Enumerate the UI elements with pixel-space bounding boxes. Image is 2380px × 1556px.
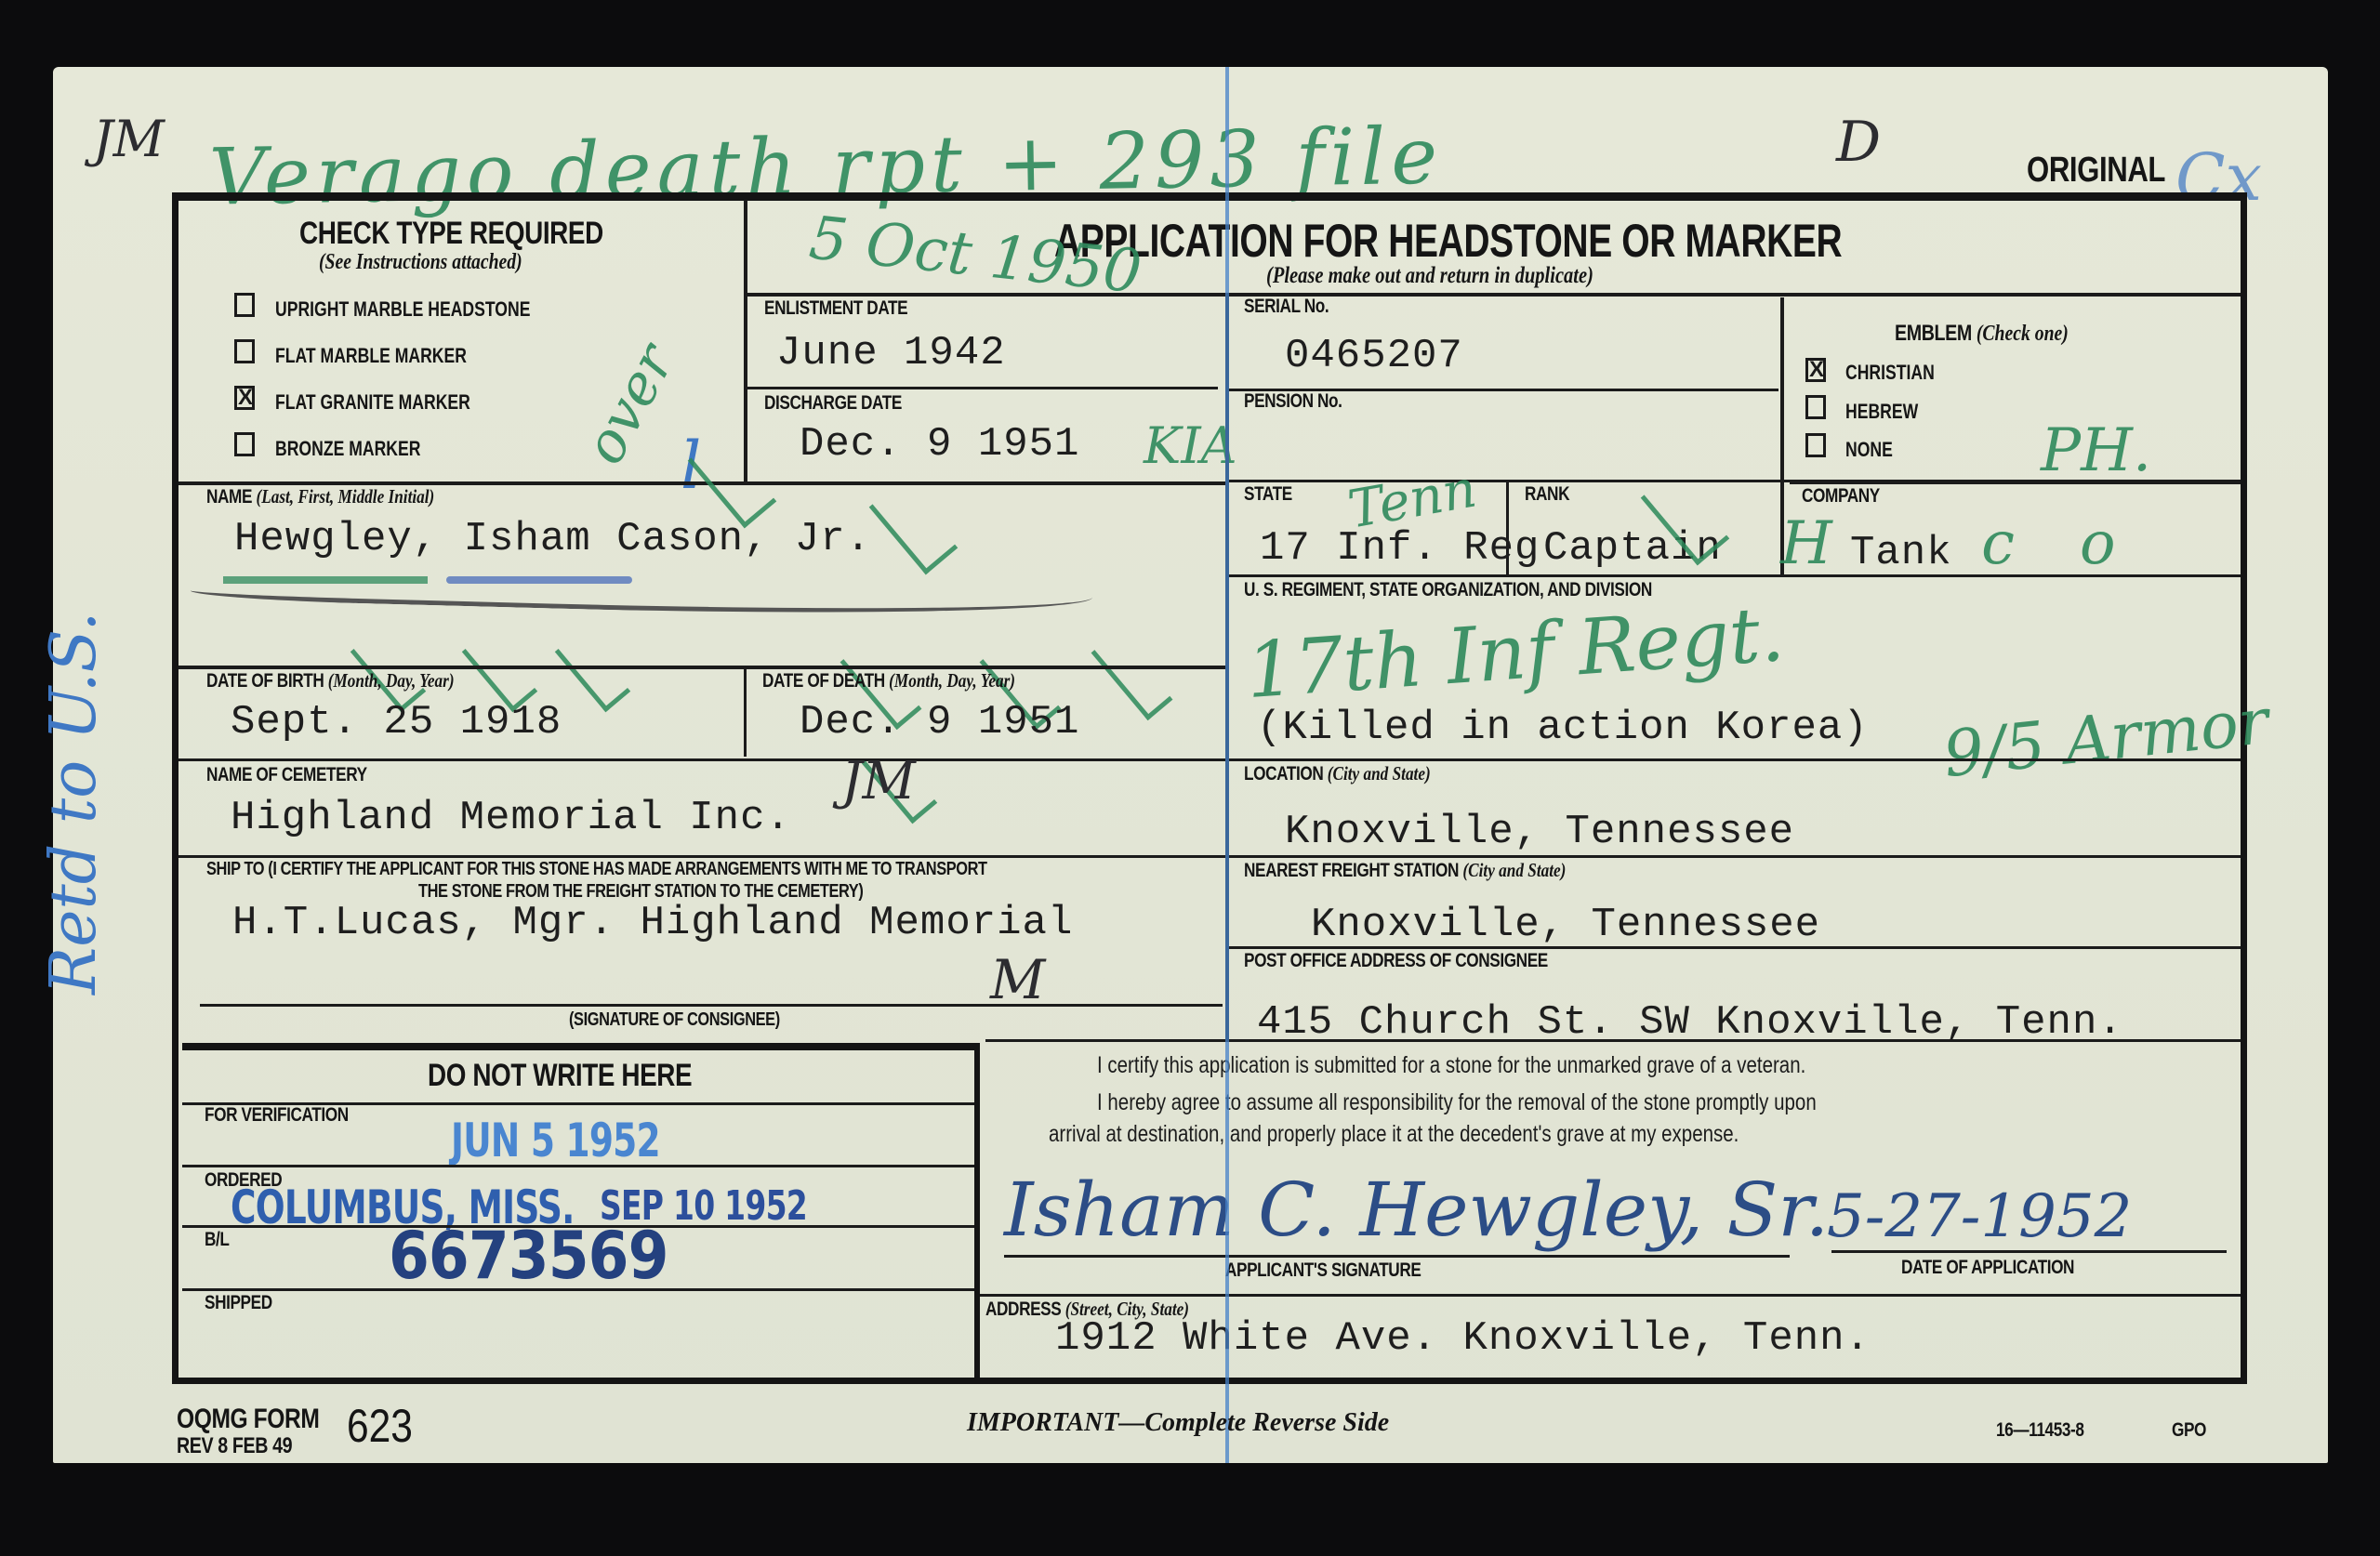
applicant-signature-line (1004, 1255, 1790, 1258)
freight-station-label: NEAREST FREIGHT STATION (City and State) (1244, 859, 1566, 882)
verification-stamp: JUN 5 1952 (451, 1114, 660, 1167)
serial-no-label: SERIAL No. (1244, 296, 1329, 318)
checkbox-bronze-marker[interactable] (234, 432, 255, 456)
label-flat-granite-marker: FLAT GRANITE MARKER (275, 390, 470, 415)
checkbox-emblem-hebrew[interactable] (1805, 395, 1826, 419)
cemetery-value[interactable]: Highland Memorial Inc. (231, 795, 791, 841)
divider-ordered (182, 1165, 974, 1167)
divider-regiment (1225, 574, 2241, 577)
print-code: 16—11453-8 (1996, 1419, 2084, 1442)
label-emblem-christian: CHRISTIAN (1845, 361, 1935, 385)
certification-line-1: I certify this application is submitted … (1097, 1052, 1805, 1079)
ship-initials: M (990, 948, 1045, 1011)
date-of-death-label: DATE OF DEATH (Month, Day, Year) (762, 669, 1015, 692)
name-value[interactable]: Hewgley, Isham Cason, Jr. (234, 516, 871, 562)
date-of-application-line (1831, 1250, 2227, 1253)
regiment-value[interactable]: (Killed in action Korea) (1257, 705, 1869, 751)
label-emblem-none: NONE (1845, 438, 1893, 462)
kia-handwritten-note: KIA (1144, 416, 1237, 475)
location-label: LOCATION (City and State) (1244, 762, 1431, 785)
company-label: COMPANY (1802, 485, 1880, 508)
form-number: 623 (347, 1399, 413, 1453)
date-of-birth-value[interactable]: Sept. 25 1918 (231, 699, 562, 745)
label-upright-marble-headstone: UPRIGHT MARBLE HEADSTONE (275, 297, 530, 322)
applicant-signature-label: APPLICANT'S SIGNATURE (1225, 1259, 1421, 1282)
divider-check-column (744, 200, 747, 483)
enlistment-date-label: ENLISTMENT DATE (764, 297, 907, 320)
gpo-label: GPO (2172, 1419, 2206, 1442)
regiment-label: U. S. REGIMENT, STATE ORGANIZATION, AND … (1244, 579, 1652, 601)
consignee-address-label: POST OFFICE ADDRESS OF CONSIGNEE (1244, 950, 1548, 972)
important-note: IMPORTANT—Complete Reverse Side (967, 1408, 1389, 1438)
label-bronze-marker: BRONZE MARKER (275, 437, 420, 461)
cemetery-initials: JM (841, 751, 916, 811)
discharge-date-value[interactable]: Dec. 9 1951 (800, 421, 1079, 468)
check-type-heading: CHECK TYPE REQUIRED (299, 216, 603, 252)
ship-to-value[interactable]: H.T.Lucas, Mgr. Highland Memorial (232, 900, 1073, 946)
date-of-birth-label: DATE OF BIRTH (Month, Day, Year) (206, 669, 455, 692)
check-type-subheading: (See Instructions attached) (319, 249, 522, 275)
top-mark: D (1836, 110, 1881, 175)
checkbox-emblem-christian[interactable] (1805, 358, 1826, 382)
date-of-application-value[interactable]: 5-27-1952 (1827, 1182, 2132, 1251)
label-flat-marble-marker: FLAT MARBLE MARKER (275, 344, 467, 368)
cemetery-label: NAME OF CEMETERY (206, 764, 367, 786)
form-title: APPLICATION FOR HEADSTONE OR MARKER (1054, 214, 1842, 268)
divider-cemetery-row (178, 758, 2241, 761)
freight-station-value[interactable]: Knoxville, Tennessee (1311, 902, 1820, 948)
emblem-heading: EMBLEM (Check one) (1895, 321, 2069, 347)
pension-no-label: PENSION No. (1244, 390, 1342, 413)
do-not-write-heading: DO NOT WRITE HERE (428, 1058, 692, 1094)
checkbox-emblem-none[interactable] (1805, 433, 1826, 457)
enlistment-date-value[interactable]: June 1942 (776, 330, 1006, 376)
checkbox-flat-granite-marker[interactable] (234, 386, 255, 410)
form-subtitle: (Please make out and return in duplicate… (1266, 262, 1593, 289)
divider-emblem-company (1790, 481, 2241, 484)
form-code: OQMG FORM (177, 1404, 319, 1435)
initials-top-left: JM (93, 110, 165, 168)
date-of-death-value[interactable]: Dec. 9 1951 (800, 699, 1079, 745)
divider-enlistment (744, 387, 1218, 389)
for-verification-label: FOR VERIFICATION (205, 1104, 349, 1127)
ph-handwritten-note: PH. (2041, 416, 2151, 485)
divider-under-title (744, 293, 2241, 297)
divider-post-office-row (1225, 946, 2241, 949)
date-of-application-label: DATE OF APPLICATION (1901, 1257, 2074, 1279)
certification-line-3: arrival at destination, and properly pla… (1049, 1121, 1739, 1148)
consignee-signature-line (200, 1004, 1223, 1007)
applicant-signature-value[interactable]: Isham C. Hewgley, Sr. (1004, 1167, 1829, 1253)
form-revision: REV 8 FEB 49 (177, 1433, 292, 1459)
side-handwritten-note: Retd to U.S. (37, 612, 111, 995)
checkbox-upright-marble-headstone[interactable] (234, 293, 255, 317)
location-value[interactable]: Knoxville, Tennessee (1285, 809, 1794, 855)
state-value[interactable]: 17 Inf. Reg (1260, 525, 1540, 572)
divider-right-bottom (985, 1039, 2241, 1042)
rank-label: RANK (1525, 483, 1569, 506)
ship-to-label: SHIP TO (I CERTIFY THE APPLICANT FOR THI… (206, 859, 987, 880)
serial-no-value[interactable]: 0465207 (1285, 333, 1463, 379)
state-label: STATE (1244, 483, 1292, 506)
blue-underline-scribble (446, 576, 632, 584)
company-handwritten-note: H co (1780, 509, 2181, 578)
discharge-date-label: DISCHARGE DATE (764, 392, 902, 415)
shipped-label: SHIPPED (205, 1292, 272, 1314)
divider-shipped (182, 1288, 974, 1291)
label-emblem-hebrew: HEBREW (1845, 400, 1918, 424)
checkbox-flat-marble-marker[interactable] (234, 339, 255, 363)
blue-vertical-rule (1225, 67, 1229, 1463)
original-label: ORIGINAL (2027, 151, 2165, 191)
divider-dob-dod (744, 666, 747, 757)
name-label: NAME (Last, First, Middle Initial) (206, 485, 434, 508)
bl-label: B/L (205, 1229, 230, 1251)
green-underline-scribble (223, 576, 428, 584)
applicant-address-value[interactable]: 1912 White Ave. Knoxville, Tenn. (1055, 1315, 1871, 1362)
divider-ship-to-row (178, 855, 2241, 858)
bl-stamp: 6673569 (389, 1218, 668, 1294)
consignee-signature-label: (SIGNATURE OF CONSIGNEE) (569, 1009, 780, 1031)
divider-address (980, 1294, 2241, 1297)
certification-line-2: I hereby agree to assume all responsibil… (1097, 1089, 1817, 1116)
